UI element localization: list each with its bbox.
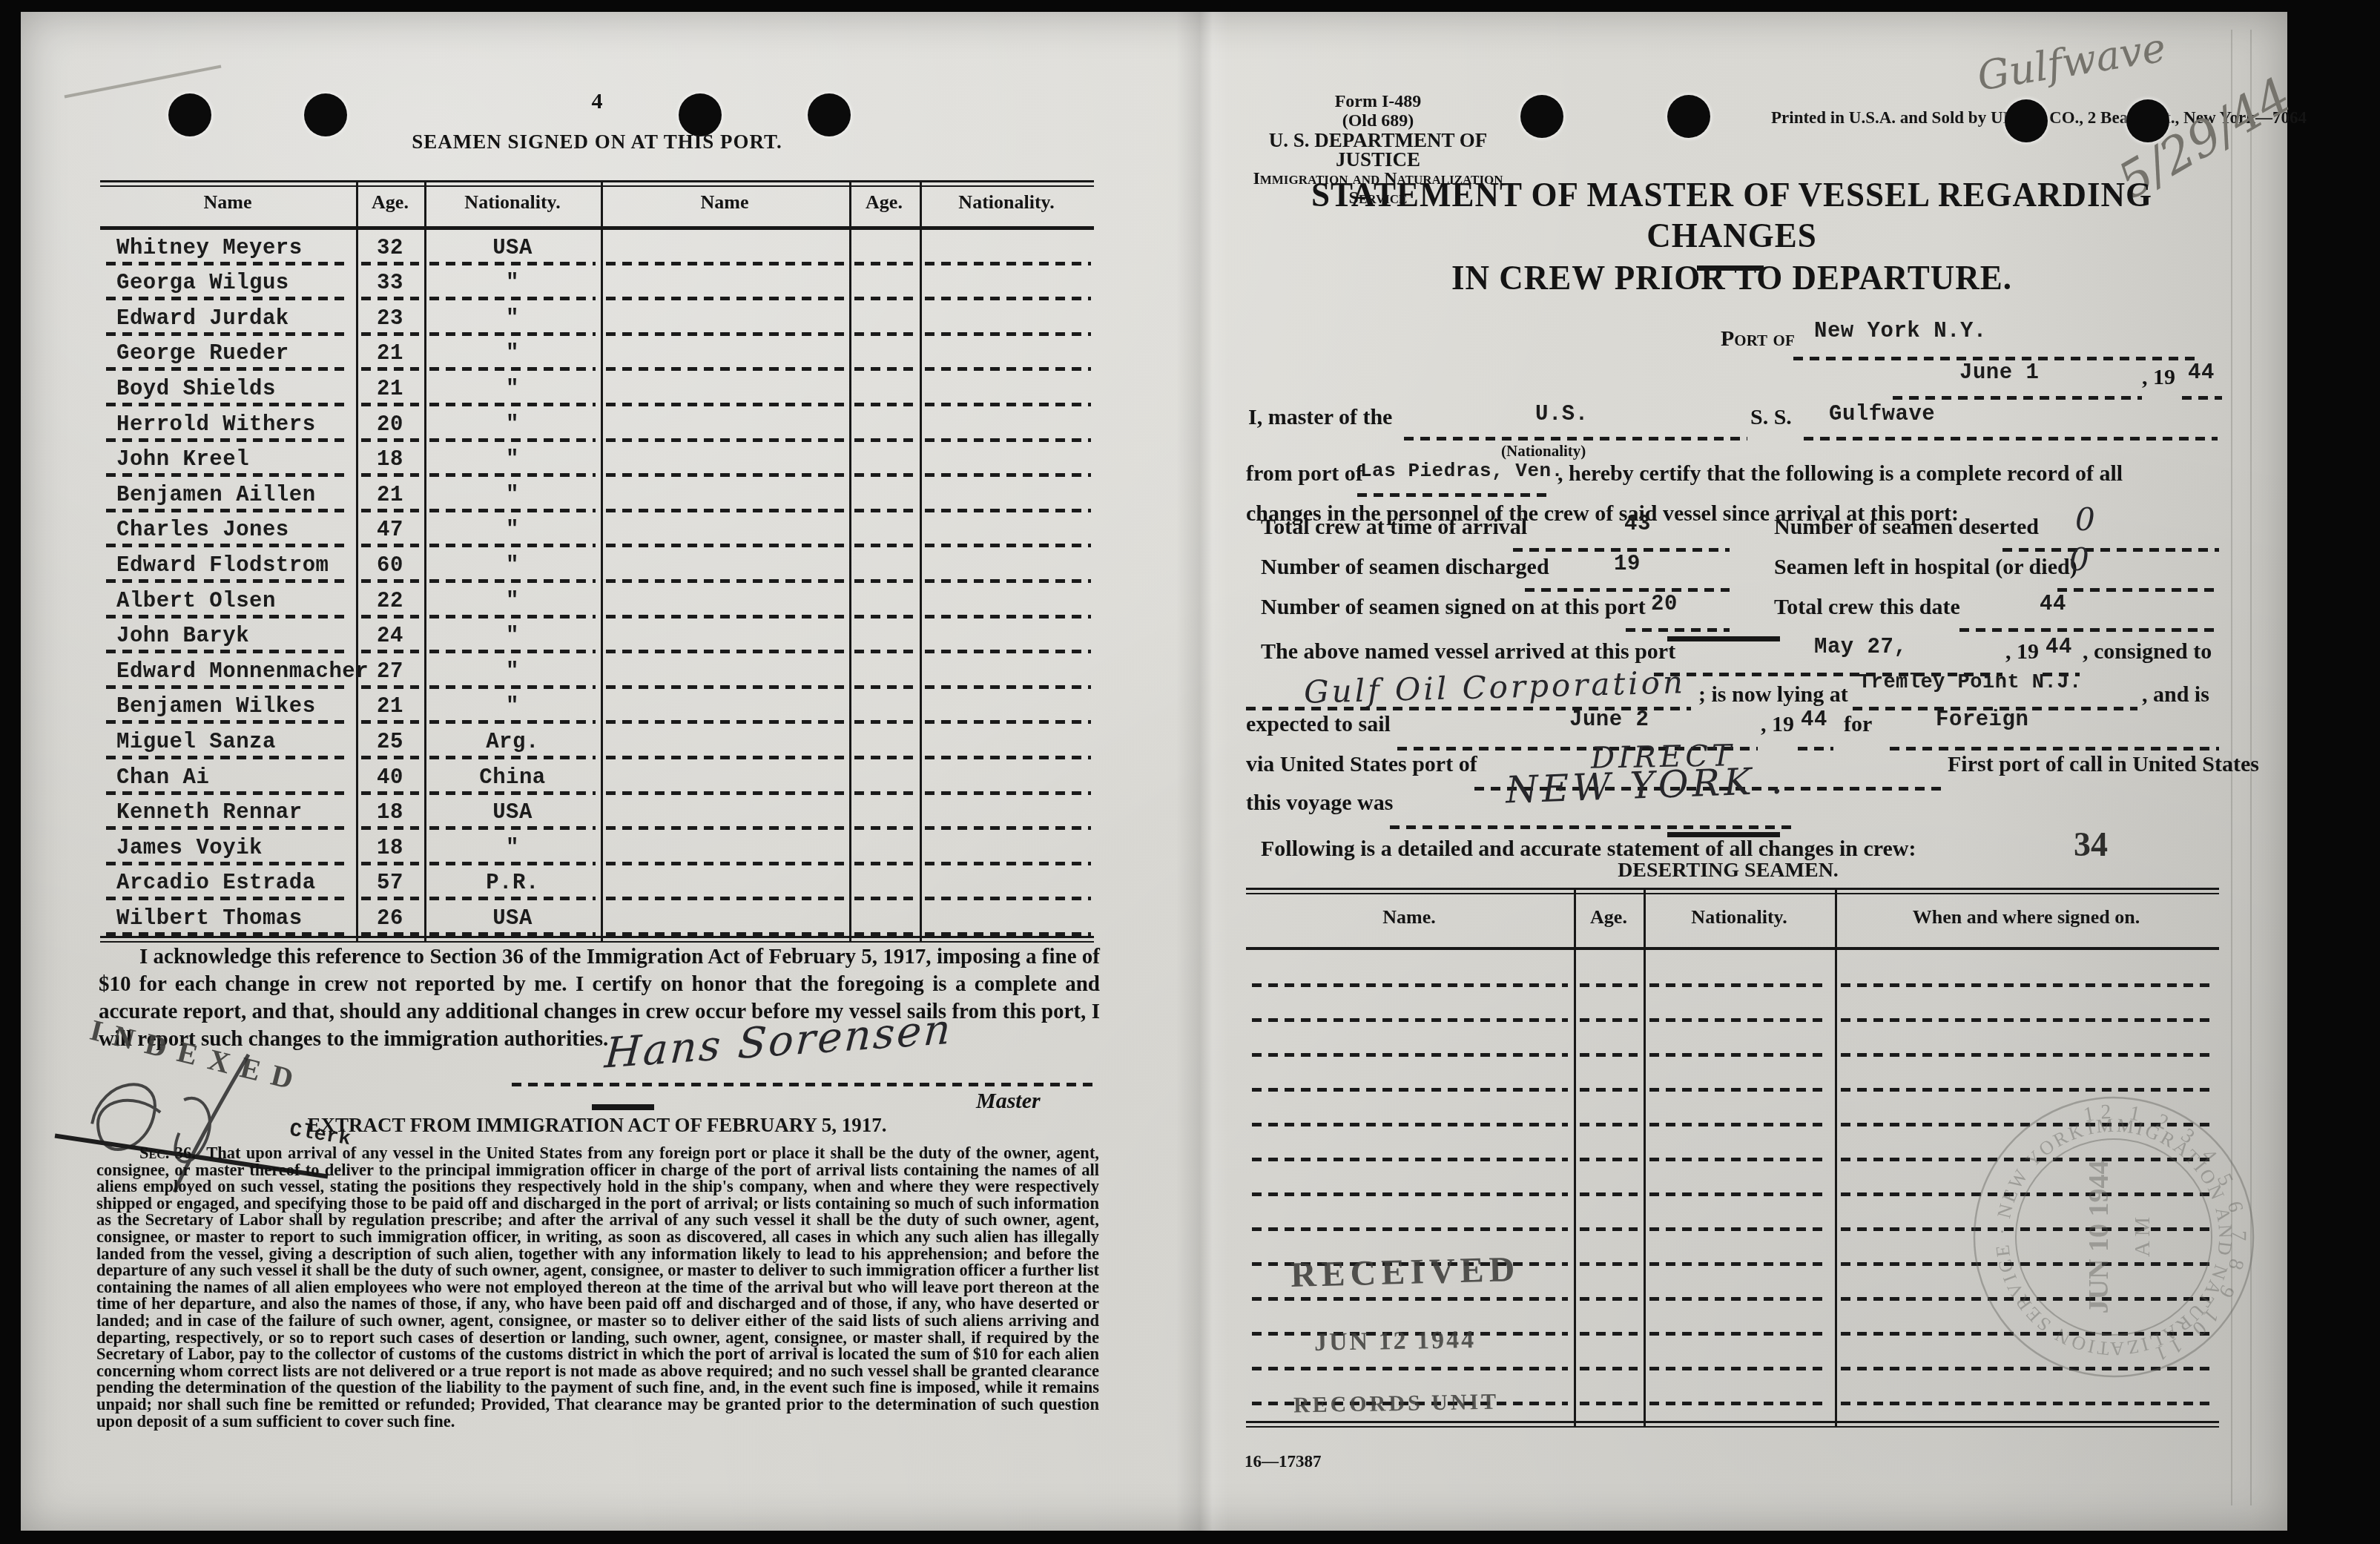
title-underline xyxy=(1697,265,1764,271)
seaman-age: 47 xyxy=(377,518,403,542)
col-header-nationality: Nationality. xyxy=(464,191,560,214)
seaman-row: George Rueder21" xyxy=(100,336,1094,372)
seaman-name: Boyd Shields xyxy=(116,377,276,401)
seaman-name: Benjamen Aillen xyxy=(116,483,316,507)
form-title-line2: IN CREW PRIOR TO DEPARTURE. xyxy=(1235,257,2229,298)
seaman-nationality: China xyxy=(479,765,546,790)
seaman-row: Benjamen Wilkes21" xyxy=(100,689,1094,725)
from-port-label: from port of xyxy=(1246,461,1363,486)
seaman-name: James Voyik xyxy=(116,836,263,860)
from-port-line xyxy=(1357,493,1552,497)
seaman-nationality: " xyxy=(506,271,519,295)
and-is-label: , and is xyxy=(2142,682,2209,707)
col-header-age: Age. xyxy=(866,191,903,214)
seaman-age: 57 xyxy=(377,871,403,895)
footer-code: 16—17387 xyxy=(1245,1452,1322,1471)
sail-date: June 2 xyxy=(1569,707,1649,732)
deserted-value: 0 xyxy=(2075,501,2095,538)
seaman-row: Wilbert Thomas26USA xyxy=(100,900,1094,936)
seaman-row: Chan Ai40China xyxy=(100,759,1094,795)
sec36-text: That upon arrival of any vessel in the U… xyxy=(96,1144,1099,1431)
discharged-line xyxy=(1525,588,1730,592)
seaman-age: 21 xyxy=(377,694,403,719)
left-table-title: SEAMEN SIGNED ON AT THIS PORT. xyxy=(100,131,1094,154)
seaman-name: Charles Jones xyxy=(116,518,289,542)
seaman-age: 18 xyxy=(377,800,403,825)
form-title: STATEMENT OF MASTER OF VESSEL REGARDING … xyxy=(1235,176,2229,297)
seaman-row: Kenneth Rennar18USA xyxy=(100,795,1094,831)
deserting-title: DESERTING SEAMEN. xyxy=(1235,859,2221,882)
arrival-label: Total crew at time of arrival xyxy=(1261,515,1527,540)
table-border xyxy=(100,941,1094,943)
seaman-nationality: P.R. xyxy=(486,871,539,895)
hole-punch xyxy=(1667,95,1710,138)
table-border xyxy=(1246,888,2219,890)
seaman-name: Edward Monnenmacher xyxy=(116,659,369,684)
seaman-name: John Baryk xyxy=(116,624,249,648)
arrived-year: 44 xyxy=(2046,635,2072,659)
seaman-age: 20 xyxy=(377,412,403,437)
from-port-value: Las Piedras, Ven. xyxy=(1360,460,1563,482)
hospital-line xyxy=(2057,588,2219,592)
total-value: 44 xyxy=(2040,592,2066,616)
vessel-line xyxy=(1804,437,2218,441)
consigned-label: , consigned to xyxy=(2083,639,2212,664)
seaman-nationality: " xyxy=(506,483,519,507)
section-rule xyxy=(1667,636,1780,641)
date-line xyxy=(1893,396,2142,400)
desert-col-signed-on: When and where signed on. xyxy=(1913,906,2140,928)
vessel-value: Gulfwave xyxy=(1829,402,1935,426)
first-port-label: First port of call in United States xyxy=(1948,752,2259,777)
sail-label: expected to sail xyxy=(1246,712,1391,737)
form-number: Form I-489 xyxy=(1237,92,1519,111)
seaman-row: Georga Wilgus33" xyxy=(100,265,1094,301)
seaman-nationality: " xyxy=(506,412,519,437)
arrived-year-prefix: , 19 xyxy=(2005,639,2039,664)
seaman-name: Georga Wilgus xyxy=(116,271,289,295)
seaman-row: Charles Jones47" xyxy=(100,512,1094,548)
seaman-name: Miguel Sanza xyxy=(116,730,276,754)
date-year-prefix: , 19 xyxy=(2142,365,2175,390)
extract-heading: EXTRACT FROM IMMIGRATION ACT OF FEBRUARY… xyxy=(100,1114,1094,1137)
seaman-age: 21 xyxy=(377,341,403,366)
deserting-row-empty xyxy=(1246,952,2218,987)
seaman-age: 60 xyxy=(377,553,403,578)
seaman-row: Edward Jurdak23" xyxy=(100,300,1094,336)
col-header-name: Name xyxy=(701,191,749,214)
lying-label: ; is now lying at xyxy=(1698,682,1848,707)
deserted-line xyxy=(2002,548,2219,552)
seaman-row: John Kreel18" xyxy=(100,442,1094,478)
form-title-line1: STATEMENT OF MASTER OF VESSEL REGARDING … xyxy=(1235,174,2229,255)
hole-punch xyxy=(1520,95,1563,138)
seaman-nationality: USA xyxy=(492,906,533,931)
seaman-nationality: " xyxy=(506,624,519,648)
seaman-nationality: " xyxy=(506,659,519,684)
seaman-age: 21 xyxy=(377,483,403,507)
seaman-nationality: " xyxy=(506,377,519,401)
desert-col-name: Name. xyxy=(1382,906,1435,928)
total-line xyxy=(1959,628,2219,632)
seaman-nationality: " xyxy=(506,694,519,719)
seaman-age: 22 xyxy=(377,589,403,613)
table-border xyxy=(1246,1426,2219,1428)
seaman-row: Albert Olsen22" xyxy=(100,583,1094,618)
nationality-value: U.S. xyxy=(1535,402,1589,426)
seaman-nationality: " xyxy=(506,518,519,542)
signed-on-value: 20 xyxy=(1651,592,1678,616)
seaman-age: 40 xyxy=(377,765,403,790)
round-stamp-date: JUN 10 1944 xyxy=(2083,1161,2114,1314)
col-header-age: Age. xyxy=(372,191,409,214)
port-value: New York N.Y. xyxy=(1814,319,1987,343)
sail-year-prefix: , 19 xyxy=(1761,712,1794,737)
destination-value: Foreign xyxy=(1936,707,2028,732)
seaman-age: 18 xyxy=(377,836,403,860)
certify-text: , hereby certify that the following is a… xyxy=(1557,461,2123,486)
table-border xyxy=(1246,893,2219,894)
seaman-name: George Rueder xyxy=(116,341,289,366)
seaman-name: Albert Olsen xyxy=(116,589,276,613)
round-stamp-meridiem: A M xyxy=(2130,1217,2155,1257)
arrived-label: The above named vessel arrived at this p… xyxy=(1261,639,1675,664)
deserting-row-empty xyxy=(1246,987,2218,1022)
seaman-name: Whitney Meyers xyxy=(116,236,303,260)
seaman-name: Wilbert Thomas xyxy=(116,906,303,931)
nationality-line xyxy=(1404,437,1747,441)
via-label: via United States port of xyxy=(1246,752,1477,777)
date-year-line xyxy=(2182,396,2222,400)
seaman-row: Benjamen Aillen21" xyxy=(100,477,1094,512)
seaman-name: Benjamen Wilkes xyxy=(116,694,316,719)
deserted-label: Number of seamen deserted xyxy=(1774,515,2039,540)
master-line-label: I, master of the xyxy=(1248,405,1392,430)
hospital-value: 0 xyxy=(2069,541,2089,578)
signed-on-label: Number of seamen signed on at this port xyxy=(1261,595,1646,620)
following-text: Following is a detailed and accurate sta… xyxy=(1261,837,1916,862)
seaman-row: James Voyik18" xyxy=(100,830,1094,865)
received-stamp: RECEIVED xyxy=(1290,1249,1520,1296)
col-header-name: Name xyxy=(204,191,252,214)
seaman-age: 24 xyxy=(377,624,403,648)
signed-on-line xyxy=(1626,628,1730,632)
table-border xyxy=(100,180,1094,182)
desert-col-age: Age. xyxy=(1590,906,1627,928)
seaman-row: Whitney Meyers32USA xyxy=(100,230,1094,265)
hospital-label: Seamen left in hospital (or died) xyxy=(1774,555,2077,580)
nationality-caption: (Nationality) xyxy=(1501,442,1586,461)
seaman-nationality: " xyxy=(506,306,519,331)
master-label: Master xyxy=(976,1089,1041,1114)
seaman-nationality: " xyxy=(506,836,519,860)
seaman-name: Edward Jurdak xyxy=(116,306,289,331)
seamen-table-body: Whitney Meyers32USAGeorga Wilgus33"Edwar… xyxy=(100,230,1094,937)
seaman-nationality: " xyxy=(506,447,519,472)
seaman-name: Chan Ai xyxy=(116,765,209,790)
seaman-age: 32 xyxy=(377,236,403,260)
seaman-name: Herrold Withers xyxy=(116,412,316,437)
form-old-number: (Old 689) xyxy=(1237,111,1519,131)
seaman-row: Arcadio Estrada57P.R. xyxy=(100,865,1094,901)
seaman-age: 27 xyxy=(377,659,403,684)
seaman-row: Edward Monnenmacher27" xyxy=(100,653,1094,689)
seaman-name: Edward Flodstrom xyxy=(116,553,329,578)
total-label: Total crew this date xyxy=(1774,595,1960,620)
records-unit-stamp: RECORDS UNIT xyxy=(1293,1390,1500,1419)
seaman-row: Edward Flodstrom60" xyxy=(100,547,1094,583)
seaman-age: 26 xyxy=(377,906,403,931)
sail-year: 44 xyxy=(1801,707,1827,732)
for-label: for xyxy=(1844,712,1872,737)
seaman-nationality: Arg. xyxy=(486,730,539,754)
seaman-nationality: " xyxy=(506,553,519,578)
seaman-nationality: USA xyxy=(492,236,533,260)
voyage-label: this voyage was xyxy=(1246,791,1393,816)
seaman-nationality: USA xyxy=(492,800,533,825)
arrived-date: May 27, xyxy=(1814,635,1907,659)
signature-line xyxy=(512,1083,1098,1086)
desert-col-nationality: Nationality. xyxy=(1691,906,1787,928)
seaman-age: 25 xyxy=(377,730,403,754)
table-header-rule xyxy=(1246,947,2219,950)
department-name: U. S. DEPARTMENT OF JUSTICE xyxy=(1237,131,1519,169)
seaman-row: John Baryk24" xyxy=(100,618,1094,654)
seaman-age: 18 xyxy=(377,447,403,472)
table-border xyxy=(1246,1421,2219,1423)
port-label: Port of xyxy=(1721,326,1795,352)
seaman-row: Herrold Withers20" xyxy=(100,406,1094,442)
seaman-name: Kenneth Rennar xyxy=(116,800,303,825)
sec36-lead: Sec. 36. xyxy=(139,1144,196,1162)
page-seam xyxy=(1176,12,1228,1531)
seaman-row: Miguel Sanza25Arg. xyxy=(100,724,1094,759)
discharged-label: Number of seamen discharged xyxy=(1261,555,1549,580)
seaman-age: 21 xyxy=(377,377,403,401)
section-rule xyxy=(592,1104,654,1110)
received-date-stamp: JUN 12 1944 xyxy=(1314,1326,1477,1357)
voyage-line xyxy=(1390,825,1798,829)
lying-value: Tremley Point N.J. xyxy=(1859,672,2082,694)
seaman-age: 23 xyxy=(377,306,403,331)
sec36-paragraph: Sec. 36. That upon arrival of any vessel… xyxy=(96,1145,1099,1430)
ss-label: S. S. xyxy=(1750,405,1792,430)
seaman-age: 33 xyxy=(377,271,403,295)
deserting-row-empty xyxy=(1246,1057,2218,1092)
seaman-name: John Kreel xyxy=(116,447,249,472)
seaman-row: Boyd Shields21" xyxy=(100,371,1094,406)
discharged-value: 19 xyxy=(1614,552,1641,576)
seaman-nationality: " xyxy=(506,589,519,613)
destination-line xyxy=(1890,747,2219,750)
col-header-nationality: Nationality. xyxy=(958,191,1054,214)
deserting-row-empty xyxy=(1246,1022,2218,1057)
date-value: June 1 xyxy=(1959,360,2039,385)
seaman-nationality: " xyxy=(506,341,519,366)
date-year: 44 xyxy=(2188,360,2215,385)
seaman-name: Arcadio Estrada xyxy=(116,871,316,895)
table-border xyxy=(100,185,1094,187)
arrival-value: 43 xyxy=(1624,512,1651,536)
hole-punch xyxy=(2005,99,2048,142)
sail-year-line xyxy=(1798,747,1833,750)
page-number: 4 xyxy=(100,89,1094,114)
